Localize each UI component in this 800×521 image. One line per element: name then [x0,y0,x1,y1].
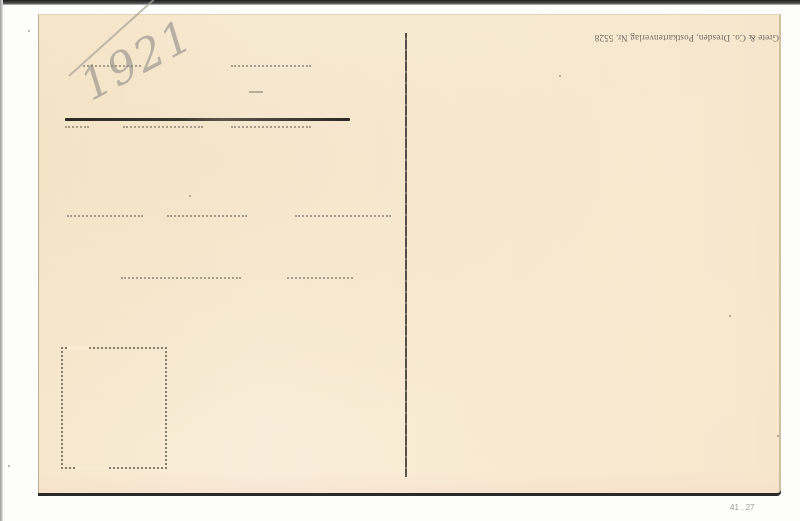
stamp-box [61,347,167,469]
dust-speck [189,195,191,197]
center-divider [405,33,407,477]
handwritten-year: 1921 [72,10,202,111]
dotted-line [121,277,241,279]
dotted-line [231,126,311,128]
dotted-line [295,215,391,217]
dust-speck [729,315,731,317]
publisher-imprint: Grete & Co. Dresden, Postkartenverlag Nr… [489,33,779,43]
dotted-line [287,277,353,279]
postcard-back: 1921 Grete & Co. Dresden, Postkartenverl… [38,14,781,493]
dotted-line [167,215,247,217]
dust-speck [777,435,779,437]
dotted-line [67,215,143,217]
solid-rule [65,118,350,121]
dotted-line [123,126,203,128]
scanner-left-edge [0,0,3,521]
scanner-top-edge [0,0,800,5]
dust-speck [559,75,561,77]
pencil-mark [249,91,263,93]
dotted-line [83,65,141,67]
postcard-scan: 1921 Grete & Co. Dresden, Postkartenverl… [0,0,800,521]
scan-mark: 41 . 27 [730,503,754,512]
dust-speck [8,465,10,467]
dotted-line [65,126,89,128]
dust-speck [28,30,30,32]
dotted-line [231,65,311,67]
